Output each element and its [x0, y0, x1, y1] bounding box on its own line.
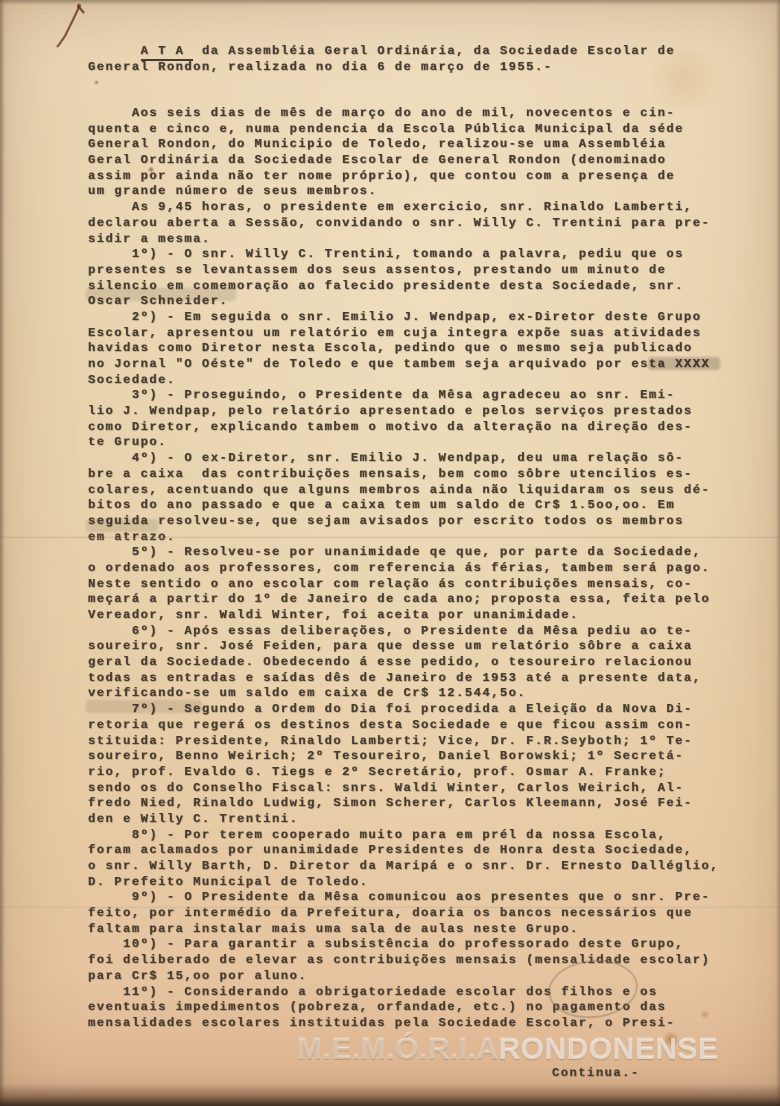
text-line: para Cr$ 15,oo por aluno. [88, 969, 719, 985]
text-line: As 9,45 horas, o presidente em exercicio… [88, 200, 719, 216]
text-line: soureiro, snr. José Feiden, para que des… [88, 639, 719, 655]
watermark: M.E.M.Ó.R.I.ARONDONENSE [297, 1033, 719, 1067]
text-line: o ordenado aos professores, com referenc… [88, 561, 719, 577]
text-line: verificando-se um saldo em caixa de Cr$ … [88, 686, 719, 702]
text-line: eventuais impedimentos (pobreza, orfanda… [88, 1000, 719, 1016]
text-line: o snr. Willy Barth, D. Diretor da Maripá… [88, 859, 719, 875]
page-edge-shadow-top [0, 0, 780, 5]
text-line: soureiro, Benno Weirich; 2º Tesoureiro, … [88, 749, 719, 765]
text-line: bitos do ano passado e que a caixa tem u… [88, 498, 719, 514]
text-line: Escolar, apresentou um relatório em cuja… [88, 326, 719, 342]
text-line: havidas como Diretor nesta Escola, pedin… [88, 341, 719, 357]
text-line: presentes se levantassem dos seus assent… [88, 263, 719, 279]
text-line: Sociedade. [88, 373, 719, 389]
page-bottom-shadow [0, 1084, 780, 1106]
text-line: 4º) - O ex-Diretor, snr. Emilio J. Wendp… [88, 451, 719, 467]
text-line: retoria que regerá os destinos desta Soc… [88, 718, 719, 734]
text-line: 2º) - Em seguida o snr. Emilio J. Wendpa… [88, 310, 719, 326]
text-line: 10º) - Para garantir a subsistência do p… [88, 937, 719, 953]
text-line: General Rondon, do Municipio de Toledo, … [88, 137, 719, 153]
text-line: Aos seis dias de mês de março do ano de … [88, 106, 719, 122]
title-rest: da Assembléia Geral Ordinária, da Socied… [193, 44, 675, 58]
text-line: 1º) - O snr. Willy C. Trentini, tomando … [88, 247, 719, 263]
text-line: sendo os do Conselho Fiscal: snrs. Waldi… [88, 781, 719, 797]
text-line: D. Prefeito Municipal de Toledo. [88, 875, 719, 891]
text-line: seguida resolveu-se, que sejam avisados … [88, 514, 719, 530]
text-line: 7º) - Segundo a Ordem do Dia foi procedi… [88, 702, 719, 718]
text-line: te Grupo. [88, 435, 719, 451]
text-line: em atrazo. [88, 530, 719, 546]
text-line: Vereador, snr. Waldi Winter, foi aceita … [88, 608, 719, 624]
text-line: foi deliberado de elevar as contribuiçõe… [88, 953, 719, 969]
title-ata-underlined: A T A [141, 44, 194, 61]
document-title: A T A da Assembléia Geral Ordinária, da … [88, 44, 675, 75]
page-edge-shadow-left [0, 0, 5, 1106]
text-line: como Diretor, explicando tambem o motivo… [88, 420, 719, 436]
text-line: um grande número de seus membros. [88, 184, 719, 200]
text-line: feito, por intermédio da Prefeitura, doa… [88, 906, 719, 922]
text-line: colares, acentuando que alguns membros a… [88, 483, 719, 499]
text-line: den e Willy C. Trentini. [88, 812, 719, 828]
text-line: Neste sentido o ano escolar com relação … [88, 577, 719, 593]
text-line: declarou aberta a Sessão, convidando o s… [88, 216, 719, 232]
continuation-text: Continua.- [552, 1066, 640, 1082]
text-line: lio J. Wendpap, pelo relatório apresenta… [88, 404, 719, 420]
title-line2: General Rondon, realizada no dia 6 de ma… [88, 60, 675, 76]
text-line: rio, prof. Evaldo G. Tiegs e 2º Secretár… [88, 765, 719, 781]
text-line: foram aclamados por unanimidade Presiden… [88, 843, 719, 859]
text-line: bre a caixa das contribuições mensais, b… [88, 467, 719, 483]
text-line: Oscar Schneider. [88, 294, 719, 310]
text-line: 8º) - Por terem cooperado muito para em … [88, 828, 719, 844]
title-indent [88, 44, 141, 58]
text-line: assim por ainda não ter nome próprio), q… [88, 169, 719, 185]
text-line: no Jornal "O Oéste" de Toledo e que tamb… [88, 357, 719, 373]
page-edge-shadow-right [776, 0, 780, 1106]
text-line: sidir a mesma. [88, 232, 719, 248]
text-line: stituida: Presidente, Rinaldo Lamberti; … [88, 734, 719, 750]
watermark-rondonense: RONDONENSE [499, 1033, 719, 1066]
text-line: mensalidades escolares instituidas pela … [88, 1016, 719, 1032]
text-line: 9º) - O Presidente da Mêsa comunicou aos… [88, 890, 719, 906]
document-body: Aos seis dias de mês de março do ano de … [88, 106, 719, 1032]
watermark-memoria: M.E.M.Ó.R.I.A [297, 1033, 499, 1066]
text-line: 3º) - Proseguindo, o Presidente da Mêsa … [88, 388, 719, 404]
scanned-document-page: A T A da Assembléia Geral Ordinária, da … [0, 0, 780, 1106]
text-line: 6º) - Após essas deliberações, o Preside… [88, 624, 719, 640]
text-line: geral da Sociedade. Obedecendo á esse pe… [88, 655, 719, 671]
text-line: 5º) - Resolveu-se por unanimidade qe que… [88, 545, 719, 561]
stain [94, 80, 99, 85]
text-line: fredo Nied, Rinaldo Ludwig, Simon Schere… [88, 796, 719, 812]
text-line: 11º) - Considerando a obrigatoriedade es… [88, 985, 719, 1001]
text-line: Geral Ordinária da Sociedade Escolar de … [88, 153, 719, 169]
title-line1: A T A da Assembléia Geral Ordinária, da … [88, 44, 675, 60]
text-line: meçará a partir do 1º de Janeiro de cada… [88, 592, 719, 608]
text-line: quenta e cinco e, numa pendencia da Esco… [88, 122, 719, 138]
text-line: todas as entradas e saídas dês de Janeir… [88, 671, 719, 687]
text-line: silencio em comemoração ao falecido pres… [88, 279, 719, 295]
text-line: faltam para instalar mais uma sala de au… [88, 922, 719, 938]
